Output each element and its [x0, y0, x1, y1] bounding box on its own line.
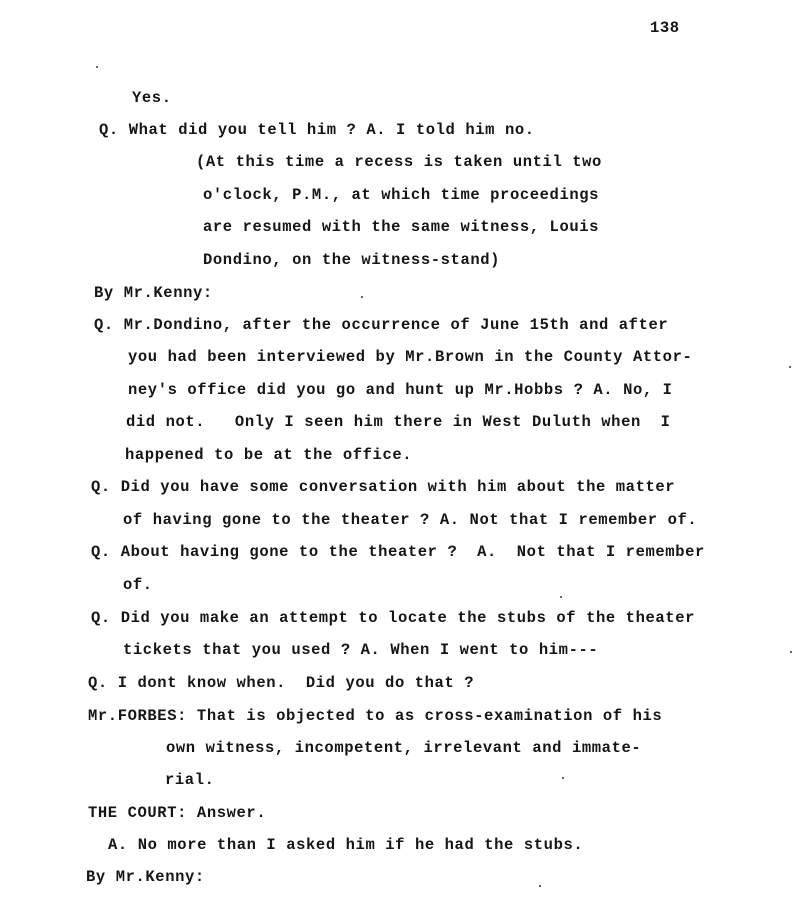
speaker-heading: By Mr.Kenny: [94, 284, 213, 302]
transcript-line: Q. What did you tell him ? A. I told him… [99, 121, 535, 139]
scan-speck [560, 596, 562, 598]
transcript-page: 138 Yes. Q. What did you tell him ? A. I… [0, 0, 800, 910]
speaker-heading: Mr.FORBES: That is objected to as cross-… [88, 707, 662, 725]
transcript-line: are resumed with the same witness, Louis [203, 218, 599, 236]
transcript-line: of. [123, 576, 153, 594]
scan-speck [96, 66, 98, 68]
transcript-line: Q. About having gone to the theater ? A.… [91, 543, 705, 561]
transcript-line: own witness, incompetent, irrelevant and… [166, 739, 641, 757]
transcript-line: tickets that you used ? A. When I went t… [123, 641, 598, 659]
transcript-line: Q. Did you have some conversation with h… [91, 478, 675, 496]
transcript-line: Q. Did you make an attempt to locate the… [91, 609, 695, 627]
speaker-heading: THE COURT: Answer. [88, 804, 266, 822]
transcript-line: rial. [165, 771, 215, 789]
transcript-line: (At this time a recess is taken until tw… [196, 153, 602, 171]
transcript-line: Dondino, on the witness-stand) [203, 251, 500, 269]
scan-speck [539, 885, 541, 887]
scan-speck [789, 366, 791, 368]
transcript-line: Q. Mr.Dondino, after the occurrence of J… [94, 316, 668, 334]
transcript-line: ney's office did you go and hunt up Mr.H… [128, 381, 673, 399]
transcript-line: A. No more than I asked him if he had th… [108, 836, 583, 854]
transcript-line: happened to be at the office. [125, 446, 412, 464]
transcript-line: Yes. [132, 89, 172, 107]
speaker-heading: By Mr.Kenny: [86, 868, 205, 886]
transcript-line: you had been interviewed by Mr.Brown in … [128, 348, 692, 366]
transcript-line: did not. Only I seen him there in West D… [126, 413, 671, 431]
scan-speck [562, 777, 564, 779]
transcript-line: o'clock, P.M., at which time proceedings [203, 186, 599, 204]
transcript-line: Q. I dont know when. Did you do that ? [88, 674, 474, 692]
transcript-line: of having gone to the theater ? A. Not t… [123, 511, 697, 529]
scan-speck [361, 296, 363, 298]
page-number: 138 [650, 19, 680, 37]
scan-speck [790, 651, 792, 653]
